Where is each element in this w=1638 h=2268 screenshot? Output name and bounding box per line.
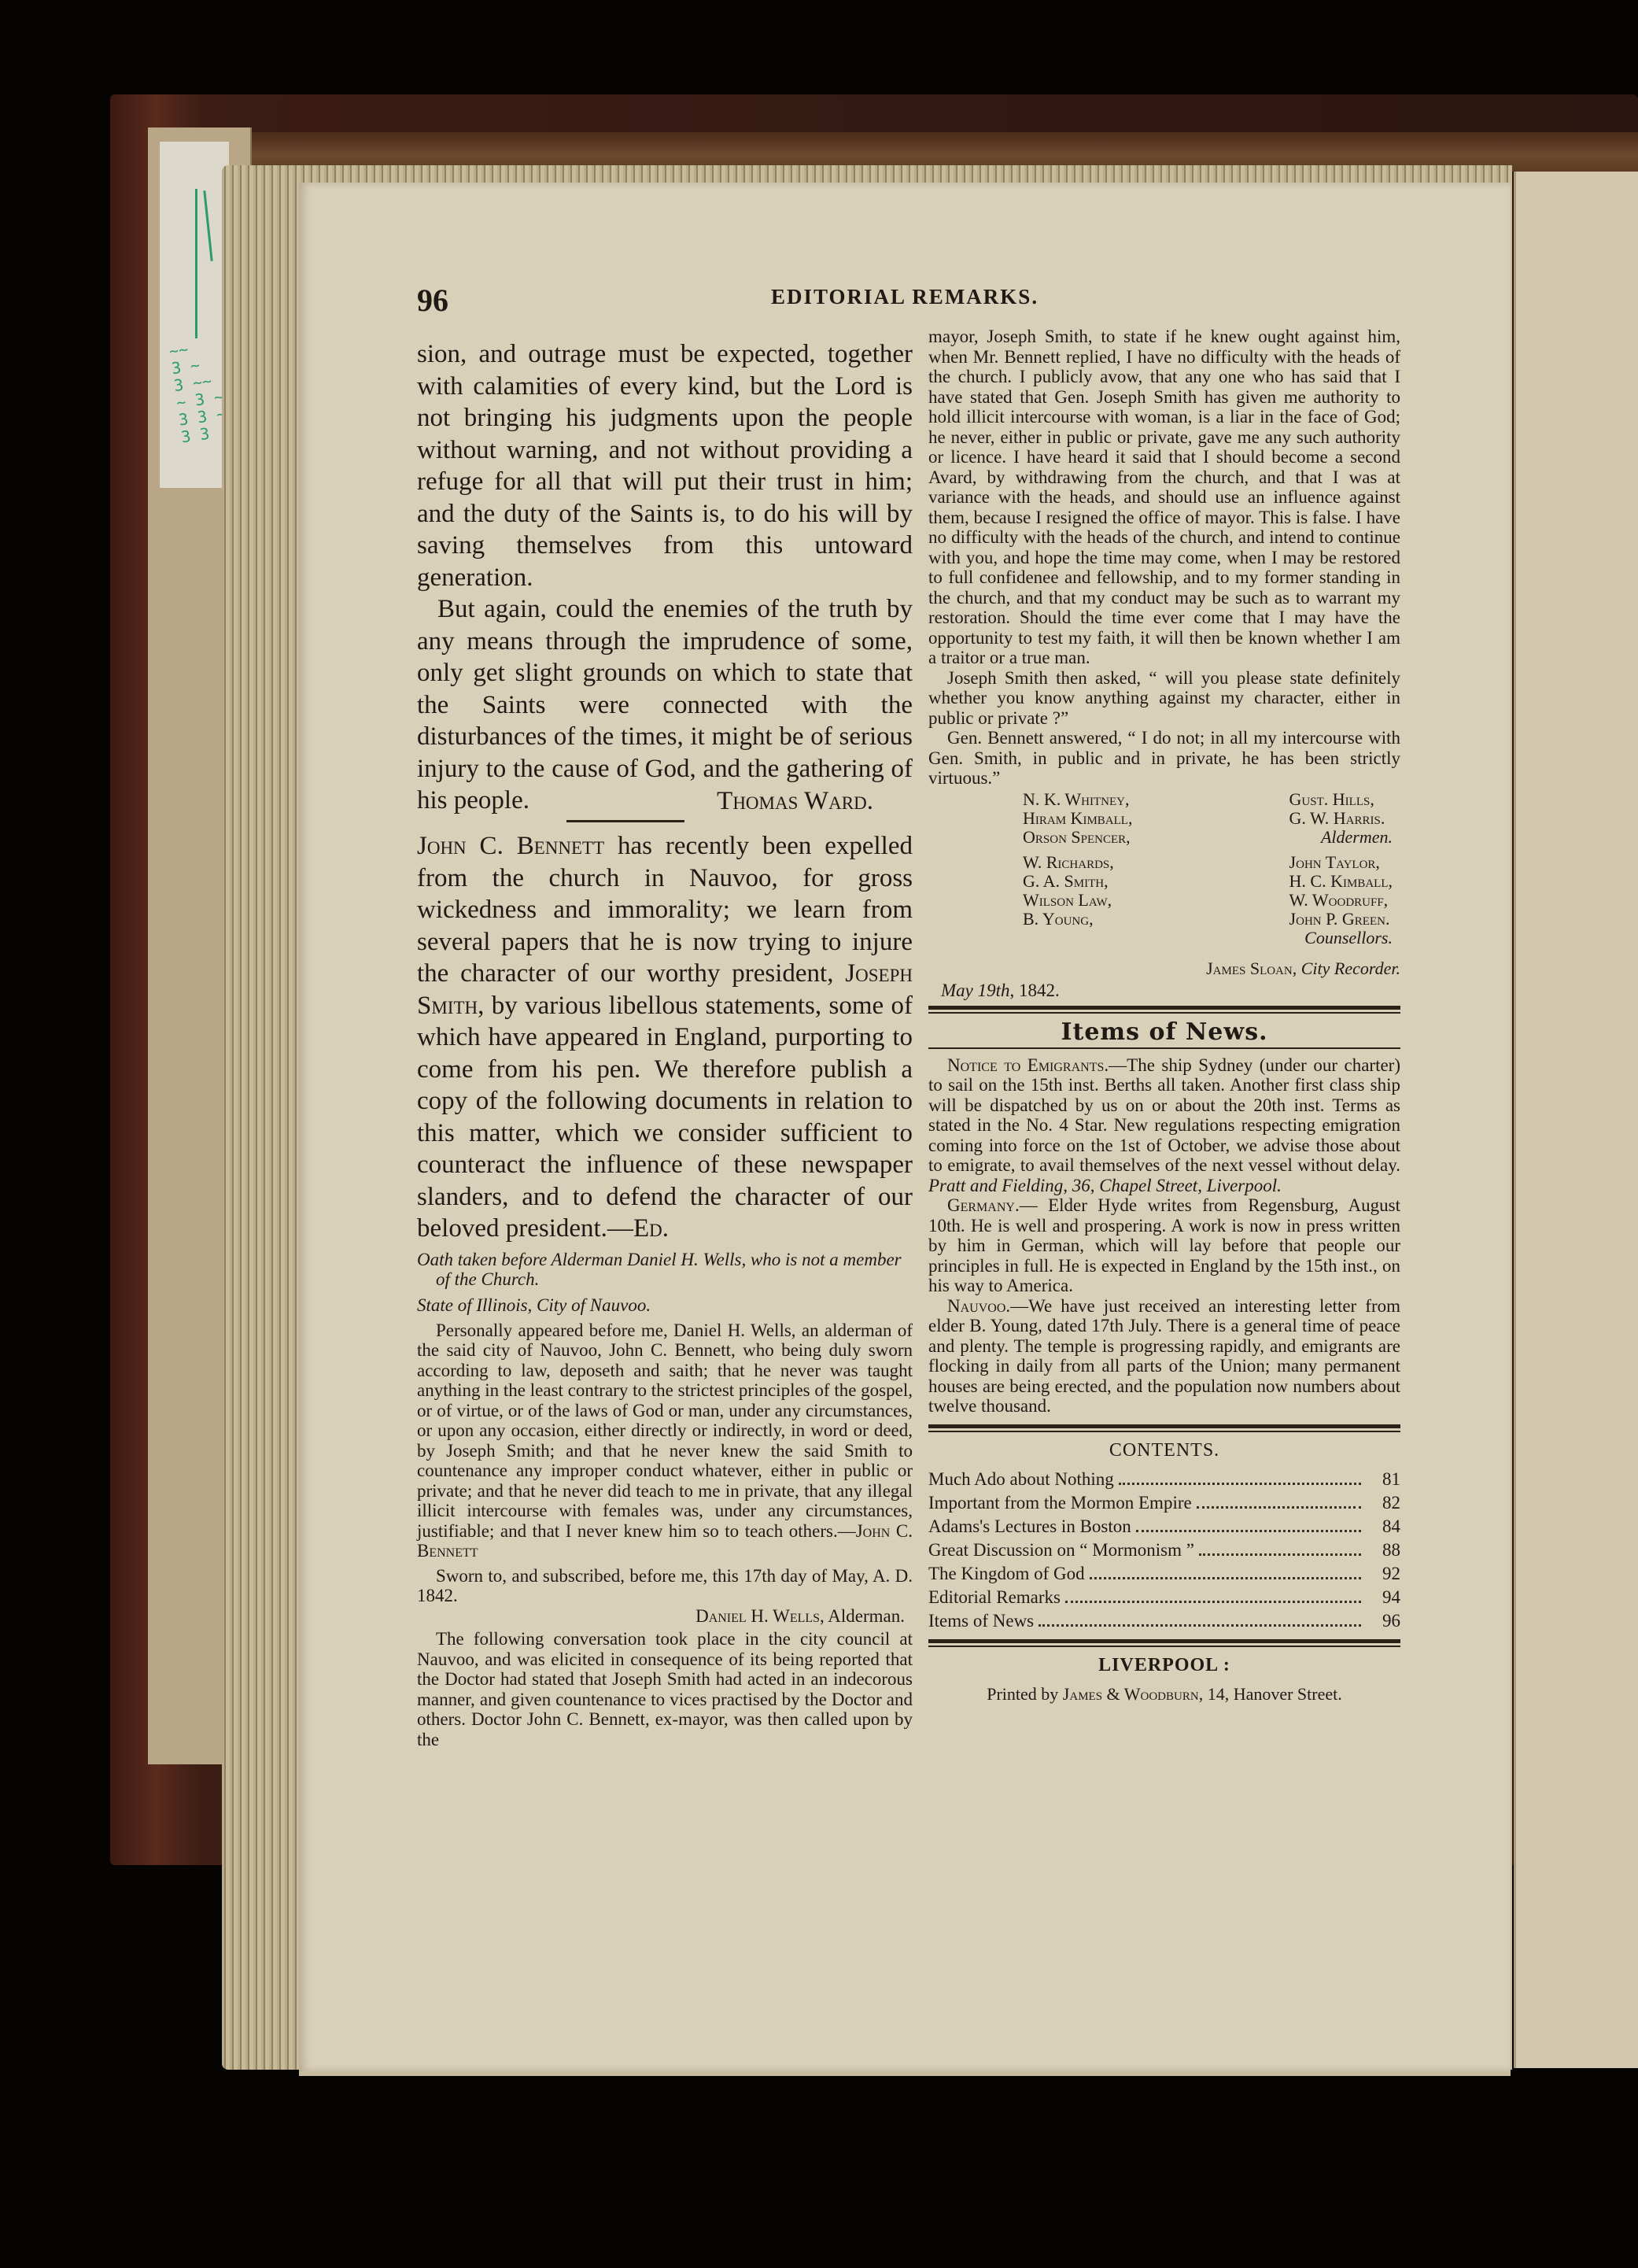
facing-page-edge xyxy=(1514,172,1638,2068)
double-rule xyxy=(928,1006,1400,1014)
left-column: sion, and outrage must be expected, toge… xyxy=(417,338,913,1749)
rule xyxy=(928,1047,1400,1049)
toc-entry: Important from the Mormon Empire82 xyxy=(928,1491,1400,1515)
imprint-printer: Printed by James & Woodburn, 14, Hanover… xyxy=(928,1684,1400,1705)
toc-entry: Items of News96 xyxy=(928,1609,1400,1633)
oath-heading: Oath taken before Alderman Daniel H. Wel… xyxy=(417,1250,913,1289)
signers-left: N. K. Whitney, Hiram Kimball, Orson Spen… xyxy=(1023,790,1132,954)
toc-entry: The Kingdom of God92 xyxy=(928,1562,1400,1586)
affidavit: Personally appeared before me, Daniel H.… xyxy=(417,1321,913,1561)
recorder-signature: James Sloan, City Recorder. xyxy=(928,959,1400,979)
section-title: EDITORIAL REMARKS. xyxy=(771,285,1039,309)
green-mark-line xyxy=(195,189,197,338)
smith-question: Joseph Smith then asked, “ will you plea… xyxy=(928,668,1400,729)
green-mark-line xyxy=(203,190,212,261)
contents-heading: CONTENTS. xyxy=(928,1440,1400,1461)
signatories: N. K. Whitney, Hiram Kimball, Orson Spen… xyxy=(928,790,1400,954)
bennett-answer: Gen. Bennett answered, “ I do not; in al… xyxy=(928,728,1400,789)
double-rule xyxy=(928,1424,1400,1432)
news-item-germany: Germany.— Elder Hyde writes from Regensb… xyxy=(928,1195,1400,1296)
date-line: May 19th, 1842. xyxy=(941,981,1400,1001)
news-item-nauvoo: Nauvoo.—We have just received an interes… xyxy=(928,1296,1400,1417)
news-item-emigrants: Notice to Emigrants.—The ship Sydney (un… xyxy=(928,1055,1400,1196)
section-divider xyxy=(566,820,684,822)
bennett-notice: John C. Bennett has recently been expell… xyxy=(417,830,913,1245)
imprint-city: LIVERPOOL : xyxy=(928,1655,1400,1676)
double-rule xyxy=(928,1639,1400,1647)
toc-entry: Much Ado about Nothing81 xyxy=(928,1468,1400,1491)
counsellors-label: Counsellors. xyxy=(1289,929,1393,947)
toc-entry: Adams's Lectures in Boston84 xyxy=(928,1515,1400,1538)
signers-right: Gust. Hills, G. W. Harris. Aldermen. Joh… xyxy=(1289,790,1393,954)
alderman-signature: Daniel H. Wells, Alderman. xyxy=(417,1606,913,1627)
toc-entry: Great Discussion on “ Mormonism ”88 xyxy=(928,1538,1400,1562)
sworn-statement: Sworn to, and subscribed, before me, thi… xyxy=(417,1566,913,1606)
news-heading: Items of News. xyxy=(928,1018,1400,1046)
page-number: 96 xyxy=(417,282,448,319)
running-head: 96 EDITORIAL REMARKS. xyxy=(417,282,1440,313)
conversation-intro: The following conversation took place in… xyxy=(417,1629,913,1749)
bennett-reply: mayor, Joseph Smith, to state if he knew… xyxy=(928,327,1400,668)
right-column: mayor, Joseph Smith, to state if he knew… xyxy=(928,327,1400,1705)
aldermen-label: Aldermen. xyxy=(1289,828,1393,847)
toc-entry: Editorial Remarks94 xyxy=(928,1586,1400,1609)
table-of-contents: Much Ado about Nothing81 Important from … xyxy=(928,1468,1400,1633)
jurisdiction-line: State of Illinois, City of Nauvoo. xyxy=(417,1295,913,1316)
paragraph: But again, could the enemies of the trut… xyxy=(417,593,913,817)
paragraph: sion, and outrage must be expected, toge… xyxy=(417,338,913,593)
